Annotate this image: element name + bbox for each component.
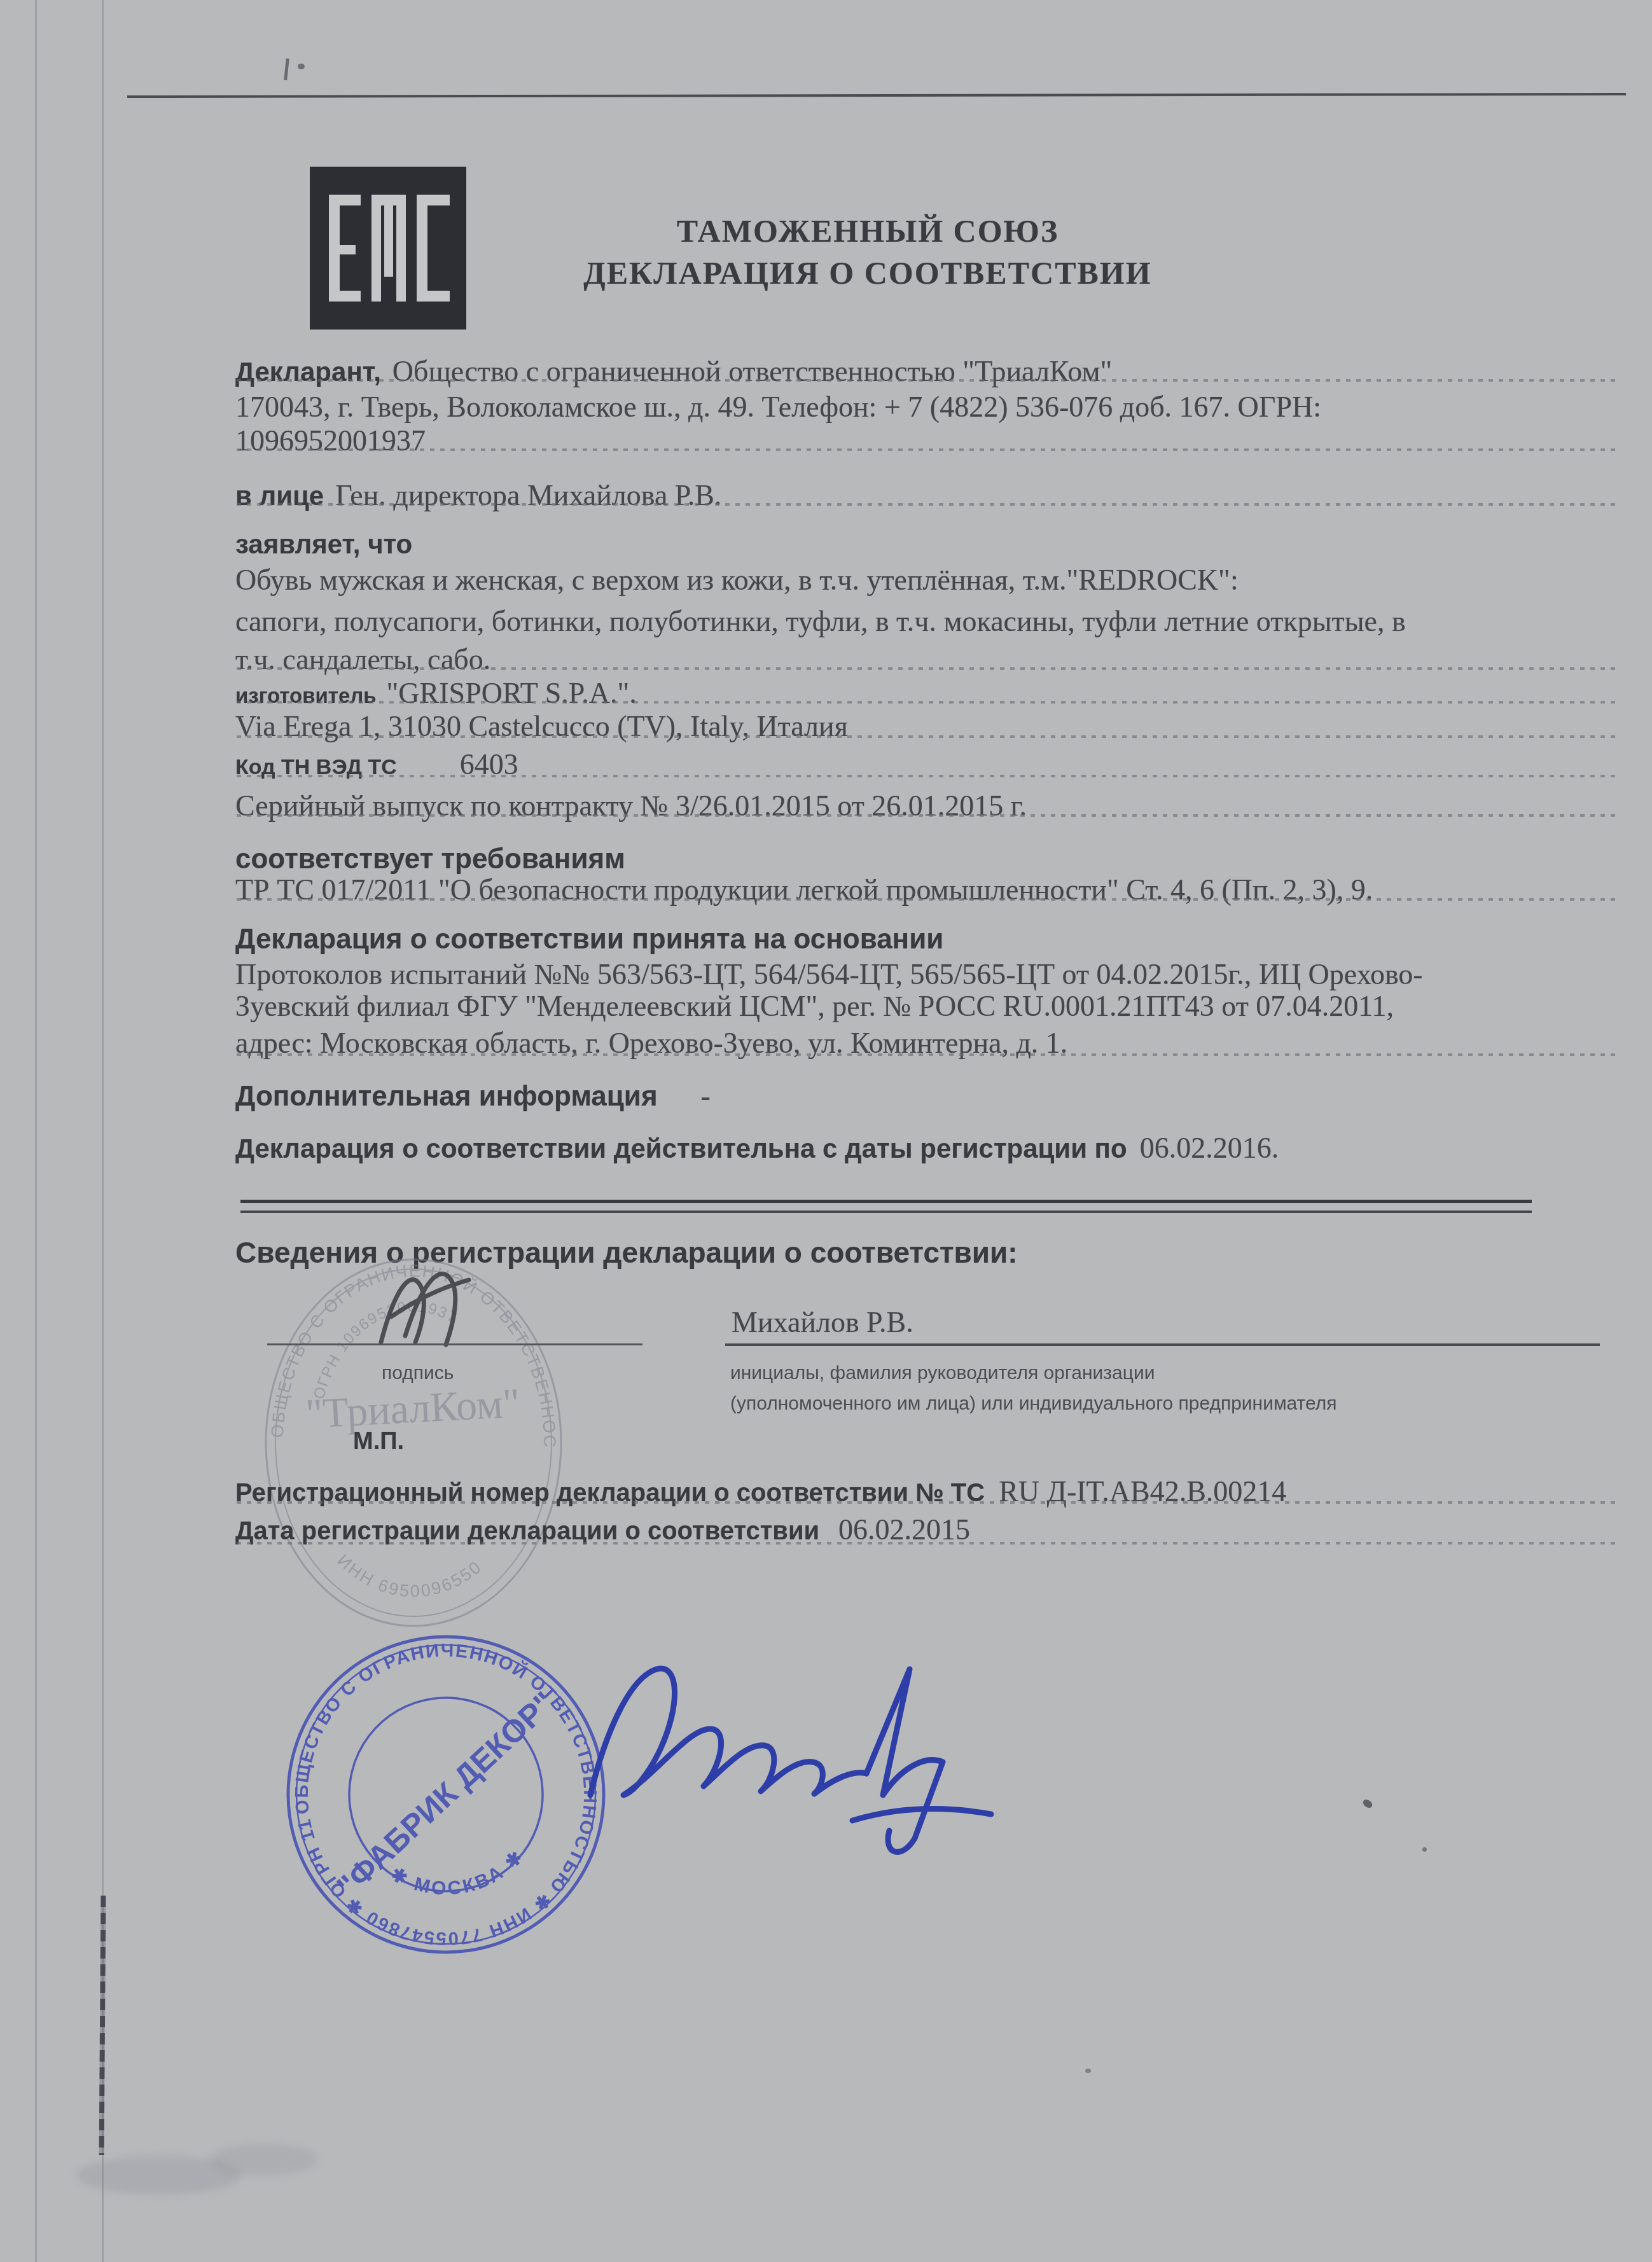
registration-date-label: Дата регистрации декларации о соответств… — [235, 1517, 819, 1545]
additional-info-value: - — [701, 1079, 711, 1112]
dotted-line — [237, 448, 1618, 451]
dotted-line — [237, 775, 1618, 777]
gray-stamp-inn-text: ИНН 6950096550 — [334, 1551, 486, 1601]
in-person-label: в лице — [235, 481, 324, 511]
signature-caption: подпись — [382, 1363, 454, 1384]
conformity-label: соответствует требованиям — [235, 843, 625, 875]
scan-artifact-dot — [298, 64, 305, 69]
scan-edge-line — [35, 0, 37, 2262]
stamp-place-mark: М.П. — [353, 1428, 404, 1455]
manufacturer-line: изготовитель "GRISPORT S.P.A.". — [235, 676, 637, 710]
manufacturer-label: изготовитель — [235, 684, 377, 707]
head-caption-line2: (уполномоченного им лица) или индивидуал… — [730, 1393, 1336, 1415]
manufacturer-name: "GRISPORT S.P.A.". — [387, 677, 637, 709]
document-title-line1: ТАМОЖЕННЫЙ СОЮЗ — [677, 212, 1059, 249]
scan-artifact-mark — [284, 59, 289, 80]
product-line2: сапоги, полусапоги, ботинки, полуботинки… — [235, 604, 1406, 638]
dotted-line — [237, 667, 1618, 670]
dotted-line — [237, 1542, 1618, 1544]
scan-speck — [1085, 2069, 1091, 2073]
dotted-line — [237, 1053, 1618, 1056]
manufacturer-address: Via Erega 1, 31030 Castelcucco (TV), Ita… — [235, 709, 848, 743]
in-person-value: Ген. директора Михайлова Р.В. — [335, 479, 721, 511]
top-rule — [127, 93, 1626, 98]
declarant-label: Декларант, — [235, 357, 381, 387]
declares-label: заявляет, что — [235, 529, 412, 560]
head-name-rule — [725, 1343, 1600, 1346]
dotted-line — [237, 735, 1618, 738]
head-caption-line1: инициалы, фамилия руководителя организац… — [730, 1363, 1155, 1384]
dotted-line — [237, 379, 1618, 382]
validity-date: 06.02.2016. — [1140, 1132, 1279, 1164]
product-line3: т.ч. сандалеты, сабо. — [235, 642, 490, 676]
dotted-line — [237, 701, 1618, 704]
eac-conformity-mark-icon — [310, 167, 466, 330]
scan-speck — [1361, 1798, 1373, 1809]
basis-line2: Зуевский филиал ФГУ "Менделеевский ЦСМ",… — [235, 989, 1394, 1023]
scanned-declaration-page: ТАМОЖЕННЫЙ СОЮЗ ДЕКЛАРАЦИЯ О СООТВЕТСТВИ… — [0, 0, 1652, 2262]
additional-info-label: Дополнительная информация — [235, 1081, 658, 1112]
scan-ghost-mark — [210, 2144, 318, 2175]
head-name: Михайлов Р.В. — [732, 1305, 913, 1339]
dotted-line — [237, 898, 1618, 901]
declarant-line: Декларант, Общество с ограниченной ответ… — [235, 354, 1112, 388]
dotted-line — [237, 814, 1618, 817]
declarant-name: Общество с ограниченной ответственностью… — [392, 355, 1112, 387]
dotted-line — [237, 1501, 1618, 1504]
additional-info-line: Дополнительная информация - — [235, 1079, 711, 1113]
registration-date-value: 06.02.2015 — [838, 1513, 970, 1546]
document-title-line2: ДЕКЛАРАЦИЯ О СООТВЕТСТВИИ — [583, 254, 1151, 291]
declarant-address: 170043, г. Тверь, Волоколамское ш., д. 4… — [235, 390, 1321, 424]
double-rule — [240, 1200, 1532, 1213]
serial-line: Серийный выпуск по контракту № 3/26.01.2… — [235, 789, 1027, 822]
in-person-line: в лице Ген. директора Михайлова Р.В. — [235, 478, 721, 512]
svg-text:ИНН 6950096550: ИНН 6950096550 — [334, 1551, 486, 1601]
blue-signature — [579, 1628, 1011, 1883]
blue-stamp-center-text: "ФАБРИК ДЕКОР" — [330, 1684, 562, 1904]
scan-artifact-dark-line — [99, 1896, 106, 2155]
conformity-value: ТР ТС 017/2011 "О безопасности продукции… — [235, 873, 1373, 906]
signature-rule — [267, 1343, 642, 1345]
validity-line: Декларация о соответствии действительна … — [235, 1131, 1279, 1165]
product-line1: Обувь мужская и женская, с верхом из кож… — [235, 563, 1239, 597]
declarant-ogrn: 1096952001937 — [235, 424, 426, 457]
basis-line1: Протоколов испытаний №№ 563/563-ЦТ, 564/… — [235, 957, 1423, 991]
dotted-line — [237, 503, 1618, 506]
validity-label: Декларация о соответствии действительна … — [235, 1134, 1127, 1163]
basis-label: Декларация о соответствии принята на осн… — [235, 924, 943, 955]
scan-speck — [1422, 1847, 1427, 1852]
gray-stamp-center-text: "ТриалКом" — [305, 1380, 521, 1438]
